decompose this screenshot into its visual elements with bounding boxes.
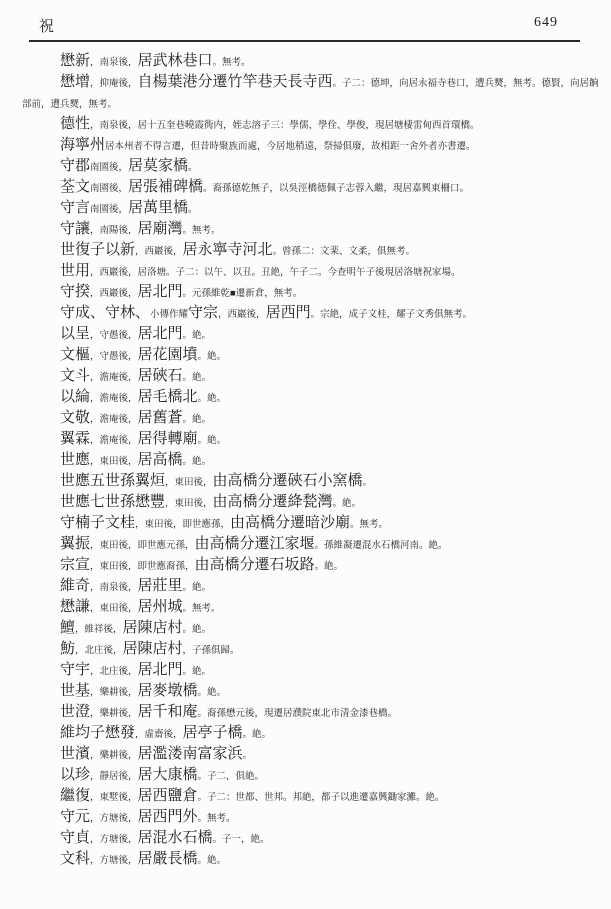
primary-text-segment: 居西門外 — [138, 809, 198, 825]
primary-text-segment: 居廟灣 — [138, 221, 183, 237]
primary-text-segment: 由高橋分遷絳甃灣 — [213, 494, 333, 510]
annotation-text-segment: 南園後， — [90, 163, 128, 173]
primary-text-segment: 文科 — [60, 851, 90, 867]
annotation-text-segment: ，維祥後， — [75, 625, 123, 635]
primary-text-segment: 世應七世孫懋豐 — [60, 494, 165, 510]
genealogy-entry-line: 文科，方塘後，居嚴長橋。絶。 — [22, 848, 597, 869]
primary-text-segment: 居麥墩橋 — [138, 683, 198, 699]
annotation-text-segment: 。絶。 — [183, 415, 212, 425]
annotation-text-segment: 。絶。 — [198, 352, 227, 362]
annotation-text-segment: 部前，遭兵燹，無考。 — [22, 100, 117, 110]
primary-text-segment: 由高橋分遷暗沙廟 — [230, 515, 350, 531]
annotation-text-segment: 。絶。 — [183, 373, 212, 383]
annotation-text-segment: ，南泉後， — [90, 583, 138, 593]
genealogy-entry-line: 世澄，樂耕後，居千和庵。裔孫懋元後，現遷居濮院東北市清金漆巷橋。 — [22, 701, 597, 722]
genealogy-entry-line: 世基，樂耕後，居麥墩橋。絶。 — [22, 680, 597, 701]
primary-text-segment: 世應 — [60, 452, 90, 468]
primary-text-segment: 居舊蒼 — [138, 410, 183, 426]
primary-text-segment: 文敬 — [60, 410, 90, 426]
primary-text-segment: 居武林巷口 — [138, 53, 213, 69]
primary-text-segment: 居莊里 — [138, 578, 183, 594]
genealogy-entry-line: 世應七世孫懋豐，東田後，由高橋分遷絳甃灣。絶。 — [22, 491, 597, 512]
annotation-text-segment: ，東田後，即世應孫， — [135, 520, 230, 530]
primary-text-segment: 維奇 — [60, 578, 90, 594]
annotation-text-segment: ，東田後， — [90, 604, 138, 614]
genealogy-entry-line: 世復子以新，西巖後，居永寧寺河北。曾孫二：文棐、文柔，俱無考。 — [22, 239, 597, 260]
annotation-text-segment: ，子孫俱歸。 — [183, 646, 240, 656]
genealogy-entry-line: 懋增，抑庵後，自楊葉港分遷竹竿巷天長寺西。子二：德坤，向居永福寺巷口，遭兵燹，無… — [22, 71, 597, 92]
genealogy-entry-line: 世濱，樂耕後，居濫溇南富家浜。 — [22, 743, 597, 764]
annotation-text-segment: 。絶。 — [198, 436, 227, 446]
primary-text-segment: 居硤石 — [138, 368, 183, 384]
annotation-text-segment: ，西巖後， — [218, 310, 266, 320]
annotation-text-segment: 。無考。 — [183, 604, 221, 614]
primary-text-segment: 荃文 — [60, 179, 90, 195]
primary-text-segment: 世澄 — [60, 704, 90, 720]
primary-text-segment: 居得轉廟 — [138, 431, 198, 447]
annotation-text-segment: 。曾孫二：文棐、文柔，俱無考。 — [273, 247, 416, 257]
annotation-text-segment: 。宗絶，成子文桂，耀子文秀俱無考。 — [311, 310, 473, 320]
primary-text-segment: 翼霖 — [60, 431, 90, 447]
genealogy-entry-line: 繼復，東墅後，居西鹽倉。子二：世都、世邦。邦絶，都子以進遷嘉興鋤家灘。絶。 — [22, 785, 597, 806]
annotation-text-segment: ，守愚後， — [90, 331, 138, 341]
primary-text-segment: 守元 — [60, 809, 90, 825]
text-block: 懋新，南泉後，居武林巷口。無考。懋增，抑庵後，自楊葉港分遷竹竿巷天長寺西。子二：… — [22, 50, 597, 869]
primary-text-segment: 懋增 — [60, 74, 90, 90]
annotation-text-segment: 。無考。 — [183, 226, 221, 236]
annotation-text-segment: 。裔孫德乾無子，以吳涇橋德佩子志蓉入繼，現居嘉興東柵口。 — [203, 184, 469, 194]
genealogy-entry-line: 維奇，南泉後，居莊里。絶。 — [22, 575, 597, 596]
annotation-text-segment: 。無考。 — [213, 58, 251, 68]
primary-text-segment: 以綸 — [60, 389, 90, 405]
annotation-text-segment: 。子二：世都、世邦。邦絶，都子以進遷嘉興鋤家灘。絶。 — [198, 793, 445, 803]
genealogy-entry-line: 守宇，北庄後，居北門。絶。 — [22, 659, 597, 680]
primary-text-segment: 居北門 — [138, 326, 183, 342]
primary-text-segment: 居莫家橋 — [128, 158, 188, 174]
genealogy-entry-line: 世應五世孫翼烜，東田後，由高橋分遷硤石小窯橋。 — [22, 470, 597, 491]
primary-text-segment: 德性 — [60, 116, 90, 132]
annotation-text-segment: 小傳作耀 — [150, 310, 188, 320]
primary-text-segment: 世復子以新 — [60, 242, 135, 258]
primary-text-segment: 世應五世孫翼烜 — [60, 473, 165, 489]
primary-text-segment: 居北門 — [138, 662, 183, 678]
annotation-text-segment: ，東田後，即世應元孫， — [90, 541, 195, 551]
primary-text-segment: 居張補碑橋 — [128, 179, 203, 195]
genealogy-entry-line: 荃文南園後，居張補碑橋。裔孫德乾無子，以吳涇橋德佩子志蓉入繼，現居嘉興東柵口。 — [22, 176, 597, 197]
annotation-text-segment: ，南泉後，居十五奎巷曉霞衖内，姪志溶子三：學儒、學佺、學俊，現居塘棲雷甸西首環橋… — [90, 121, 480, 131]
annotation-text-segment: ，方塘後， — [90, 856, 138, 866]
annotation-text-segment: 。絶。 — [333, 499, 362, 509]
genealogy-entry-line: 宗宣，東田後，即世應裔孫，由高橋分遷石坂路。絶。 — [22, 554, 597, 575]
genealogy-entry-line: 守言南園後，居萬里橋。 — [22, 197, 597, 218]
page-header-title: 祝 — [39, 15, 55, 36]
genealogy-entry-line: 以呈，守愚後，居北門。絶。 — [22, 323, 597, 344]
genealogy-entry-line: 維均子懋發，虛齋後，居亭子橋。絶。 — [22, 722, 597, 743]
annotation-text-segment: 。絶。 — [198, 394, 227, 404]
genealogy-entry-line: 文敬，澹庵後，居舊蒼。絶。 — [22, 407, 597, 428]
primary-text-segment: 居北門 — [138, 284, 183, 300]
primary-text-segment: 居大康橋 — [138, 767, 198, 783]
genealogy-entry-line: 文斗，澹庵後，居硤石。絶。 — [22, 365, 597, 386]
genealogy-entry-line: 守揆，西巖後，居北門。元孫維乾■遷新倉，無考。 — [22, 281, 597, 302]
primary-text-segment: 守宇 — [60, 662, 90, 678]
genealogy-entry-line: 守讓，南陽後，居廟灣。無考。 — [22, 218, 597, 239]
annotation-text-segment: ，樂耕後， — [90, 688, 138, 698]
primary-text-segment: 鱣 — [60, 620, 75, 636]
primary-text-segment: 居嚴長橋 — [138, 851, 198, 867]
genealogy-entry-line: 文樞，守愚後，居花園墳。絶。 — [22, 344, 597, 365]
primary-text-segment: 世用 — [60, 263, 90, 279]
primary-text-segment: 居永寧寺河北 — [183, 242, 273, 258]
primary-text-segment: 守成、守林、 — [60, 305, 150, 321]
annotation-text-segment: 。子二，俱絶。 — [198, 772, 265, 782]
genealogy-entry-line: 魴，北庄後，居陳店村，子孫俱歸。 — [22, 638, 597, 659]
primary-text-segment: 自楊葉港分遷竹竿巷天長寺西 — [138, 74, 333, 90]
primary-text-segment: 宗宣 — [60, 557, 90, 573]
primary-text-segment: 居西鹽倉 — [138, 788, 198, 804]
genealogy-entry-line: 以珍，靜居後，居大康橋。子二，俱絶。 — [22, 764, 597, 785]
primary-text-segment: 居濫溇南富家浜 — [138, 746, 243, 762]
annotation-text-segment: ，東田後， — [90, 457, 138, 467]
primary-text-segment: 居高橋 — [138, 452, 183, 468]
genealogy-entry-line: 守郡南園後，居莫家橋。 — [22, 155, 597, 176]
annotation-text-segment: 。 — [363, 478, 373, 488]
annotation-text-segment: ，抑庵後， — [90, 79, 138, 89]
primary-text-segment: 居陳店村 — [123, 641, 183, 657]
annotation-text-segment: ，樂耕後， — [90, 751, 138, 761]
primary-text-segment: 居西門 — [266, 305, 311, 321]
primary-text-segment: 守讓 — [60, 221, 90, 237]
primary-text-segment: 繼復 — [60, 788, 90, 804]
genealogy-entry-line: 翼振，東田後，即世應元孫，由高橋分遷江家堰。孫維凝遷混水石橋河南。絶。 — [22, 533, 597, 554]
genealogy-entry-line: 守成、守林、小傳作耀守宗，西巖後，居西門。宗絶，成子文桂，耀子文秀俱無考。 — [22, 302, 597, 323]
annotation-text-segment: 。無考。 — [350, 520, 388, 530]
primary-text-segment: 守揆 — [60, 284, 90, 300]
annotation-text-segment: ，澹庵後， — [90, 373, 138, 383]
primary-text-segment: 世濱 — [60, 746, 90, 762]
primary-text-segment: 居陳店村 — [123, 620, 183, 636]
annotation-text-segment: 。 — [188, 163, 198, 173]
annotation-text-segment: ，北庄後， — [90, 667, 138, 677]
primary-text-segment: 居萬里橋 — [128, 200, 188, 216]
primary-text-segment: 居亭子橋 — [183, 725, 243, 741]
primary-text-segment: 居花園墳 — [138, 347, 198, 363]
annotation-text-segment: ，澹庵後， — [90, 436, 138, 446]
genealogy-entry-line: 守貞，方塘後，居混水石橋。子一，絶。 — [22, 827, 597, 848]
primary-text-segment: 世基 — [60, 683, 90, 699]
annotation-text-segment: ，西巖後， — [135, 247, 183, 257]
annotation-text-segment: 。絶。 — [183, 457, 212, 467]
page-number: 649 — [534, 15, 558, 31]
genealogy-entry-line: 世用，西巖後，居洛塘。子二：以午、以丑。丑絶，午子二。今查明午子後現居洛塘祝家場… — [22, 260, 597, 281]
annotation-text-segment: ，西巖後，居洛塘。子二：以午、以丑。丑絶，午子二。今查明午子後現居洛塘祝家場。 — [90, 268, 461, 278]
primary-text-segment: 以呈 — [60, 326, 90, 342]
primary-text-segment: 海寧州 — [60, 137, 105, 153]
annotation-text-segment: ，方塘後， — [90, 835, 138, 845]
primary-text-segment: 由高橋分遷石坂路 — [195, 557, 315, 573]
annotation-text-segment: 。 — [188, 205, 198, 215]
annotation-text-segment: 。絶。 — [183, 583, 212, 593]
genealogy-entry-line: 世應，東田後，居高橋。絶。 — [22, 449, 597, 470]
annotation-text-segment: 。絶。 — [315, 562, 344, 572]
annotation-text-segment: 。無考。 — [198, 814, 236, 824]
annotation-text-segment: ，樂耕後， — [90, 709, 138, 719]
header-rule — [29, 40, 580, 42]
genealogy-entry-line: 守楠子文桂，東田後，即世應孫，由高橋分遷暗沙廟。無考。 — [22, 512, 597, 533]
primary-text-segment: 懋新 — [60, 53, 90, 69]
genealogy-entry-line: 鱣，維祥後，居陳店村。絶。 — [22, 617, 597, 638]
annotation-text-segment: ，北庄後， — [75, 646, 123, 656]
annotation-text-segment: ，澹庵後， — [90, 415, 138, 425]
annotation-text-segment: ，靜居後， — [90, 772, 138, 782]
annotation-text-segment: 。絶。 — [183, 667, 212, 677]
annotation-text-segment: ，西巖後， — [90, 289, 138, 299]
annotation-text-segment: 南園後， — [90, 205, 128, 215]
annotation-text-segment: 。子二：德坤，向居永福寺巷口，遭兵燹，無考。德賢，向居餉 — [333, 79, 599, 89]
primary-text-segment: 文斗 — [60, 368, 90, 384]
genealogy-entry-line: 翼霖，澹庵後，居得轉廟。絶。 — [22, 428, 597, 449]
annotation-text-segment: ，東田後，即世應裔孫， — [90, 562, 195, 572]
annotation-text-segment: ，東田後， — [165, 478, 213, 488]
annotation-text-segment: 。絶。 — [183, 331, 212, 341]
annotation-text-segment: 。子一，絶。 — [213, 835, 270, 845]
annotation-text-segment: 。絶。 — [198, 688, 227, 698]
primary-text-segment: 魴 — [60, 641, 75, 657]
primary-text-segment: 由高橋分遷江家堰 — [195, 536, 315, 552]
annotation-text-segment: 。元孫維乾■遷新倉，無考。 — [183, 289, 303, 299]
primary-text-segment: 守楠子文桂 — [60, 515, 135, 531]
genealogy-entry-line: 海寧州居本州者不得言遷，但昔時聚族而處，今居地稍遠，祭掃俱廢，故相距一舍外者亦書… — [22, 134, 597, 155]
primary-text-segment: 居毛橋北 — [138, 389, 198, 405]
annotation-text-segment: 。絶。 — [198, 856, 227, 866]
primary-text-segment: 守郡 — [60, 158, 90, 174]
primary-text-segment: 以珍 — [60, 767, 90, 783]
annotation-text-segment: ，虛齋後， — [135, 730, 183, 740]
primary-text-segment: 居混水石橋 — [138, 830, 213, 846]
annotation-text-segment: ，守愚後， — [90, 352, 138, 362]
primary-text-segment: 由高橋分遷硤石小窯橋 — [213, 473, 363, 489]
genealogy-entry-line: 德性，南泉後，居十五奎巷曉霞衖内，姪志溶子三：學儒、學佺、學俊，現居塘棲雷甸西首… — [22, 113, 597, 134]
genealogy-entry-line: 部前，遭兵燹，無考。 — [22, 92, 597, 113]
annotation-text-segment: ，澹庵後， — [90, 394, 138, 404]
primary-text-segment: 守貞 — [60, 830, 90, 846]
primary-text-segment: 懋謙 — [60, 599, 90, 615]
book-page: 祝 649 懋新，南泉後，居武林巷口。無考。懋增，抑庵後，自楊葉港分遷竹竿巷天長… — [0, 0, 611, 909]
annotation-text-segment: ，南陽後， — [90, 226, 138, 236]
primary-text-segment: 居千和庵 — [138, 704, 198, 720]
annotation-text-segment: ，東田後， — [165, 499, 213, 509]
genealogy-entry-line: 以綸，澹庵後，居毛橋北。絶。 — [22, 386, 597, 407]
annotation-text-segment: ，南泉後， — [90, 58, 138, 68]
primary-text-segment: 維均子懋發 — [60, 725, 135, 741]
primary-text-segment: 守宗 — [188, 305, 218, 321]
primary-text-segment: 居州城 — [138, 599, 183, 615]
annotation-text-segment: 南園後， — [90, 184, 128, 194]
annotation-text-segment: 。絶。 — [183, 625, 212, 635]
genealogy-entry-line: 懋謙，東田後，居州城。無考。 — [22, 596, 597, 617]
annotation-text-segment: 。孫維凝遷混水石橋河南。絶。 — [315, 541, 448, 551]
primary-text-segment: 守言 — [60, 200, 90, 216]
annotation-text-segment: ，東墅後， — [90, 793, 138, 803]
annotation-text-segment: 居本州者不得言遷，但昔時聚族而處，今居地稍遠，祭掃俱廢，故相距一舍外者亦書遷。 — [105, 142, 476, 152]
annotation-text-segment: ，方塘後， — [90, 814, 138, 824]
primary-text-segment: 翼振 — [60, 536, 90, 552]
primary-text-segment: 文樞 — [60, 347, 90, 363]
genealogy-entry-line: 懋新，南泉後，居武林巷口。無考。 — [22, 50, 597, 71]
annotation-text-segment: 。絶。 — [243, 730, 272, 740]
annotation-text-segment: 。裔孫懋元後，現遷居濮院東北市清金漆巷橋。 — [198, 709, 398, 719]
annotation-text-segment: 。 — [243, 751, 253, 761]
genealogy-entry-line: 守元，方塘後，居西門外。無考。 — [22, 806, 597, 827]
